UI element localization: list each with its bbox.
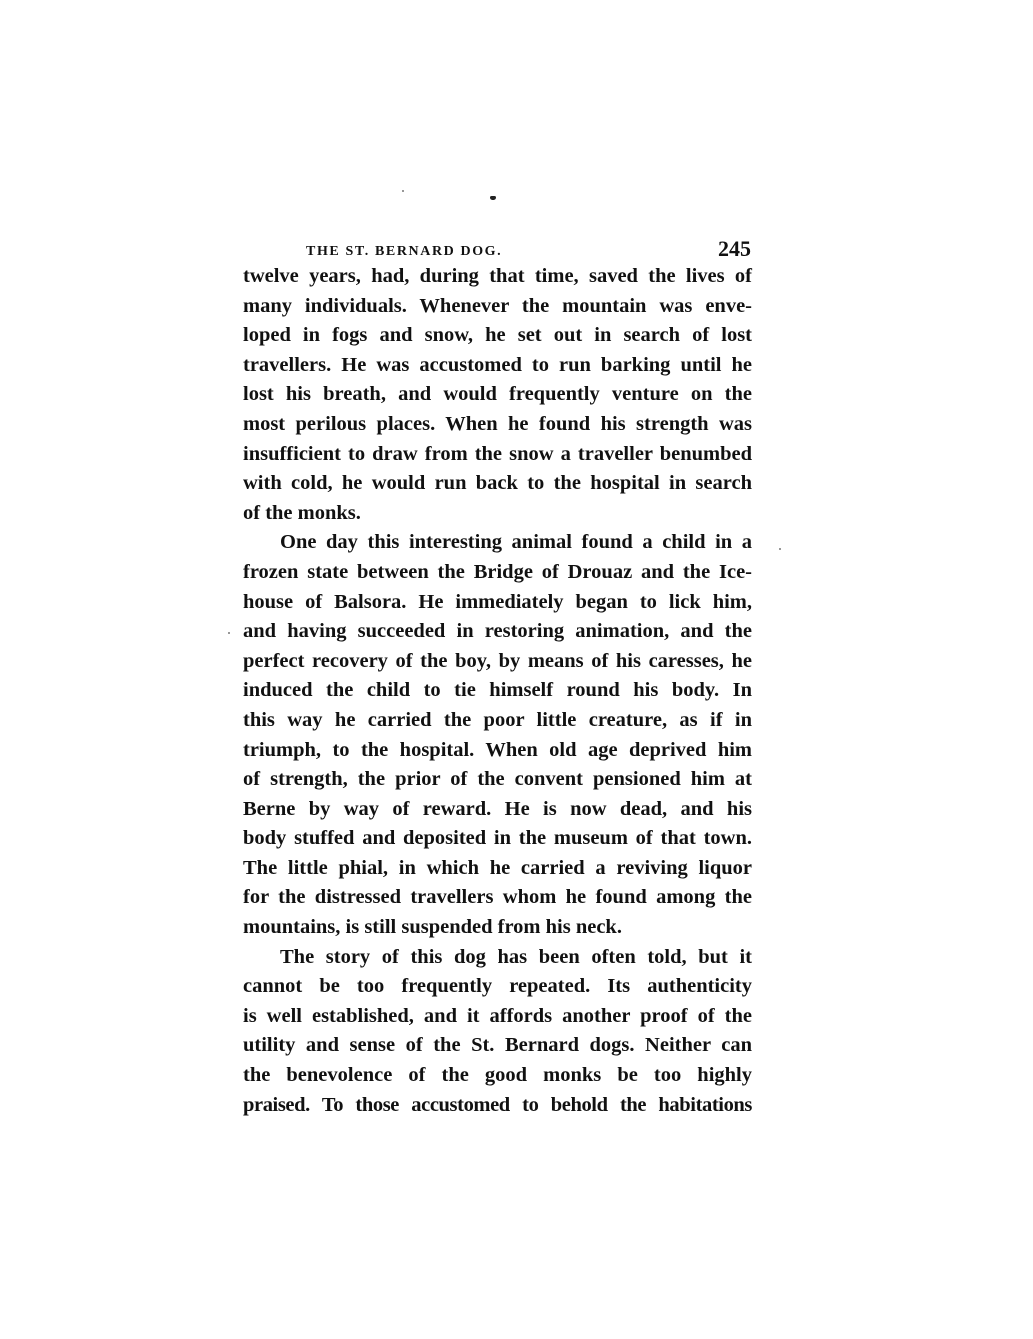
- text-line: induced the child to tie himself round h…: [243, 676, 752, 706]
- running-header: THE ST. BERNARD DOG. 245: [243, 240, 751, 264]
- text-line: Berne by way of reward. He is now dead, …: [243, 795, 752, 825]
- text-line: most perilous places. When he found his …: [243, 410, 752, 440]
- text-line: the benevolence of the good monks be too…: [243, 1061, 752, 1091]
- text-line: with cold, he would run back to the hosp…: [243, 469, 752, 499]
- text-line: is well established, and it affords anot…: [243, 1002, 752, 1032]
- text-line: mountains, is still suspended from his n…: [243, 913, 752, 943]
- text-line: house of Balsora. He immediately began t…: [243, 588, 752, 618]
- text-line: many individuals. Whenever the mountain …: [243, 292, 752, 322]
- text-line: lost his breath, and would frequently ve…: [243, 380, 752, 410]
- text-line: One day this interesting animal found a …: [243, 528, 752, 558]
- book-page: THE ST. BERNARD DOG. 245 twelve years, h…: [0, 0, 1033, 1339]
- text-line: utility and sense of the St. Bernard dog…: [243, 1031, 752, 1061]
- text-line: The story of this dog has been often tol…: [243, 943, 752, 973]
- running-title: THE ST. BERNARD DOG.: [306, 244, 502, 260]
- text-line: travellers. He was accustomed to run bar…: [243, 351, 752, 381]
- text-line: praised. To those accustomed to behold t…: [243, 1091, 752, 1121]
- text-line: insufficient to draw from the snow a tra…: [243, 440, 752, 470]
- text-line: body stuffed and deposited in the museum…: [243, 824, 752, 854]
- text-line: perfect recovery of the boy, by means of…: [243, 647, 752, 677]
- paragraph: The story of this dog has been often tol…: [243, 943, 752, 1121]
- text-line: The little phial, in which he carried a …: [243, 854, 752, 884]
- text-line: of the monks.: [243, 499, 752, 529]
- text-line: loped in fogs and snow, he set out in se…: [243, 321, 752, 351]
- body-text: twelve years, had, during that time, sav…: [243, 262, 752, 1120]
- ink-mark: [490, 196, 496, 200]
- text-line: for the distressed travellers whom he fo…: [243, 883, 752, 913]
- text-line: and having succeeded in restoring animat…: [243, 617, 752, 647]
- text-line: triumph, to the hospital. When old age d…: [243, 736, 752, 766]
- text-line: twelve years, had, during that time, sav…: [243, 262, 752, 292]
- ink-speck: [228, 632, 230, 634]
- paragraph: One day this interesting animal found a …: [243, 528, 752, 942]
- page-number: 245: [718, 236, 751, 262]
- paragraph: twelve years, had, during that time, sav…: [243, 262, 752, 528]
- text-line: of strength, the prior of the convent pe…: [243, 765, 752, 795]
- text-line: this way he carried the poor little crea…: [243, 706, 752, 736]
- text-line: frozen state between the Bridge of Droua…: [243, 558, 752, 588]
- ink-speck: [402, 190, 404, 192]
- text-line: cannot be too frequently repeated. Its a…: [243, 972, 752, 1002]
- ink-speck: [779, 548, 781, 550]
